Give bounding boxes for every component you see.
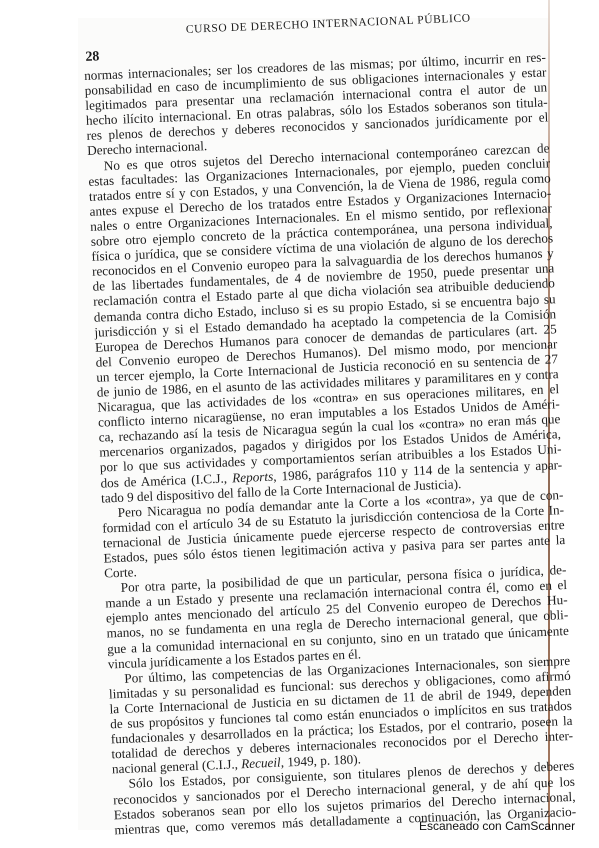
body-text: normas internacionales; ser los creadore… xyxy=(84,49,577,837)
camscanner-watermark: Escaneado con CamScanner xyxy=(419,819,575,833)
page-content: CURSO DE DERECHO INTERNACIONAL PÚBLICO 2… xyxy=(82,3,576,837)
